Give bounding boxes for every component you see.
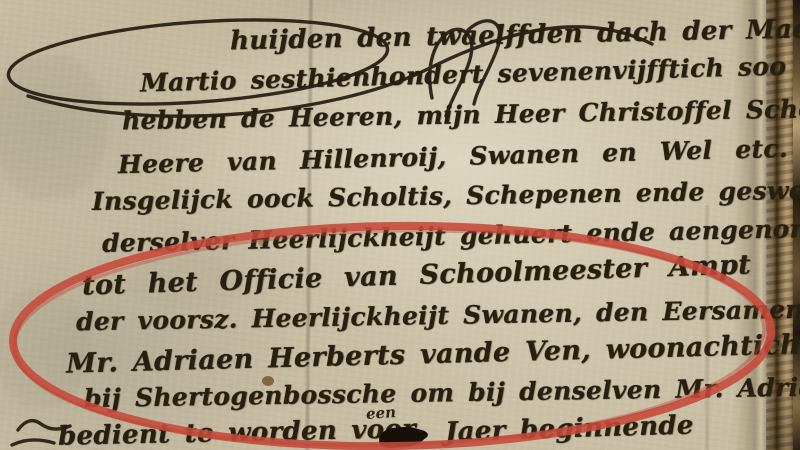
red-highlight-ellipse-annotation <box>0 0 800 450</box>
manuscript-scan: huijden den twaelffden dach der Maent Ma… <box>0 0 800 450</box>
